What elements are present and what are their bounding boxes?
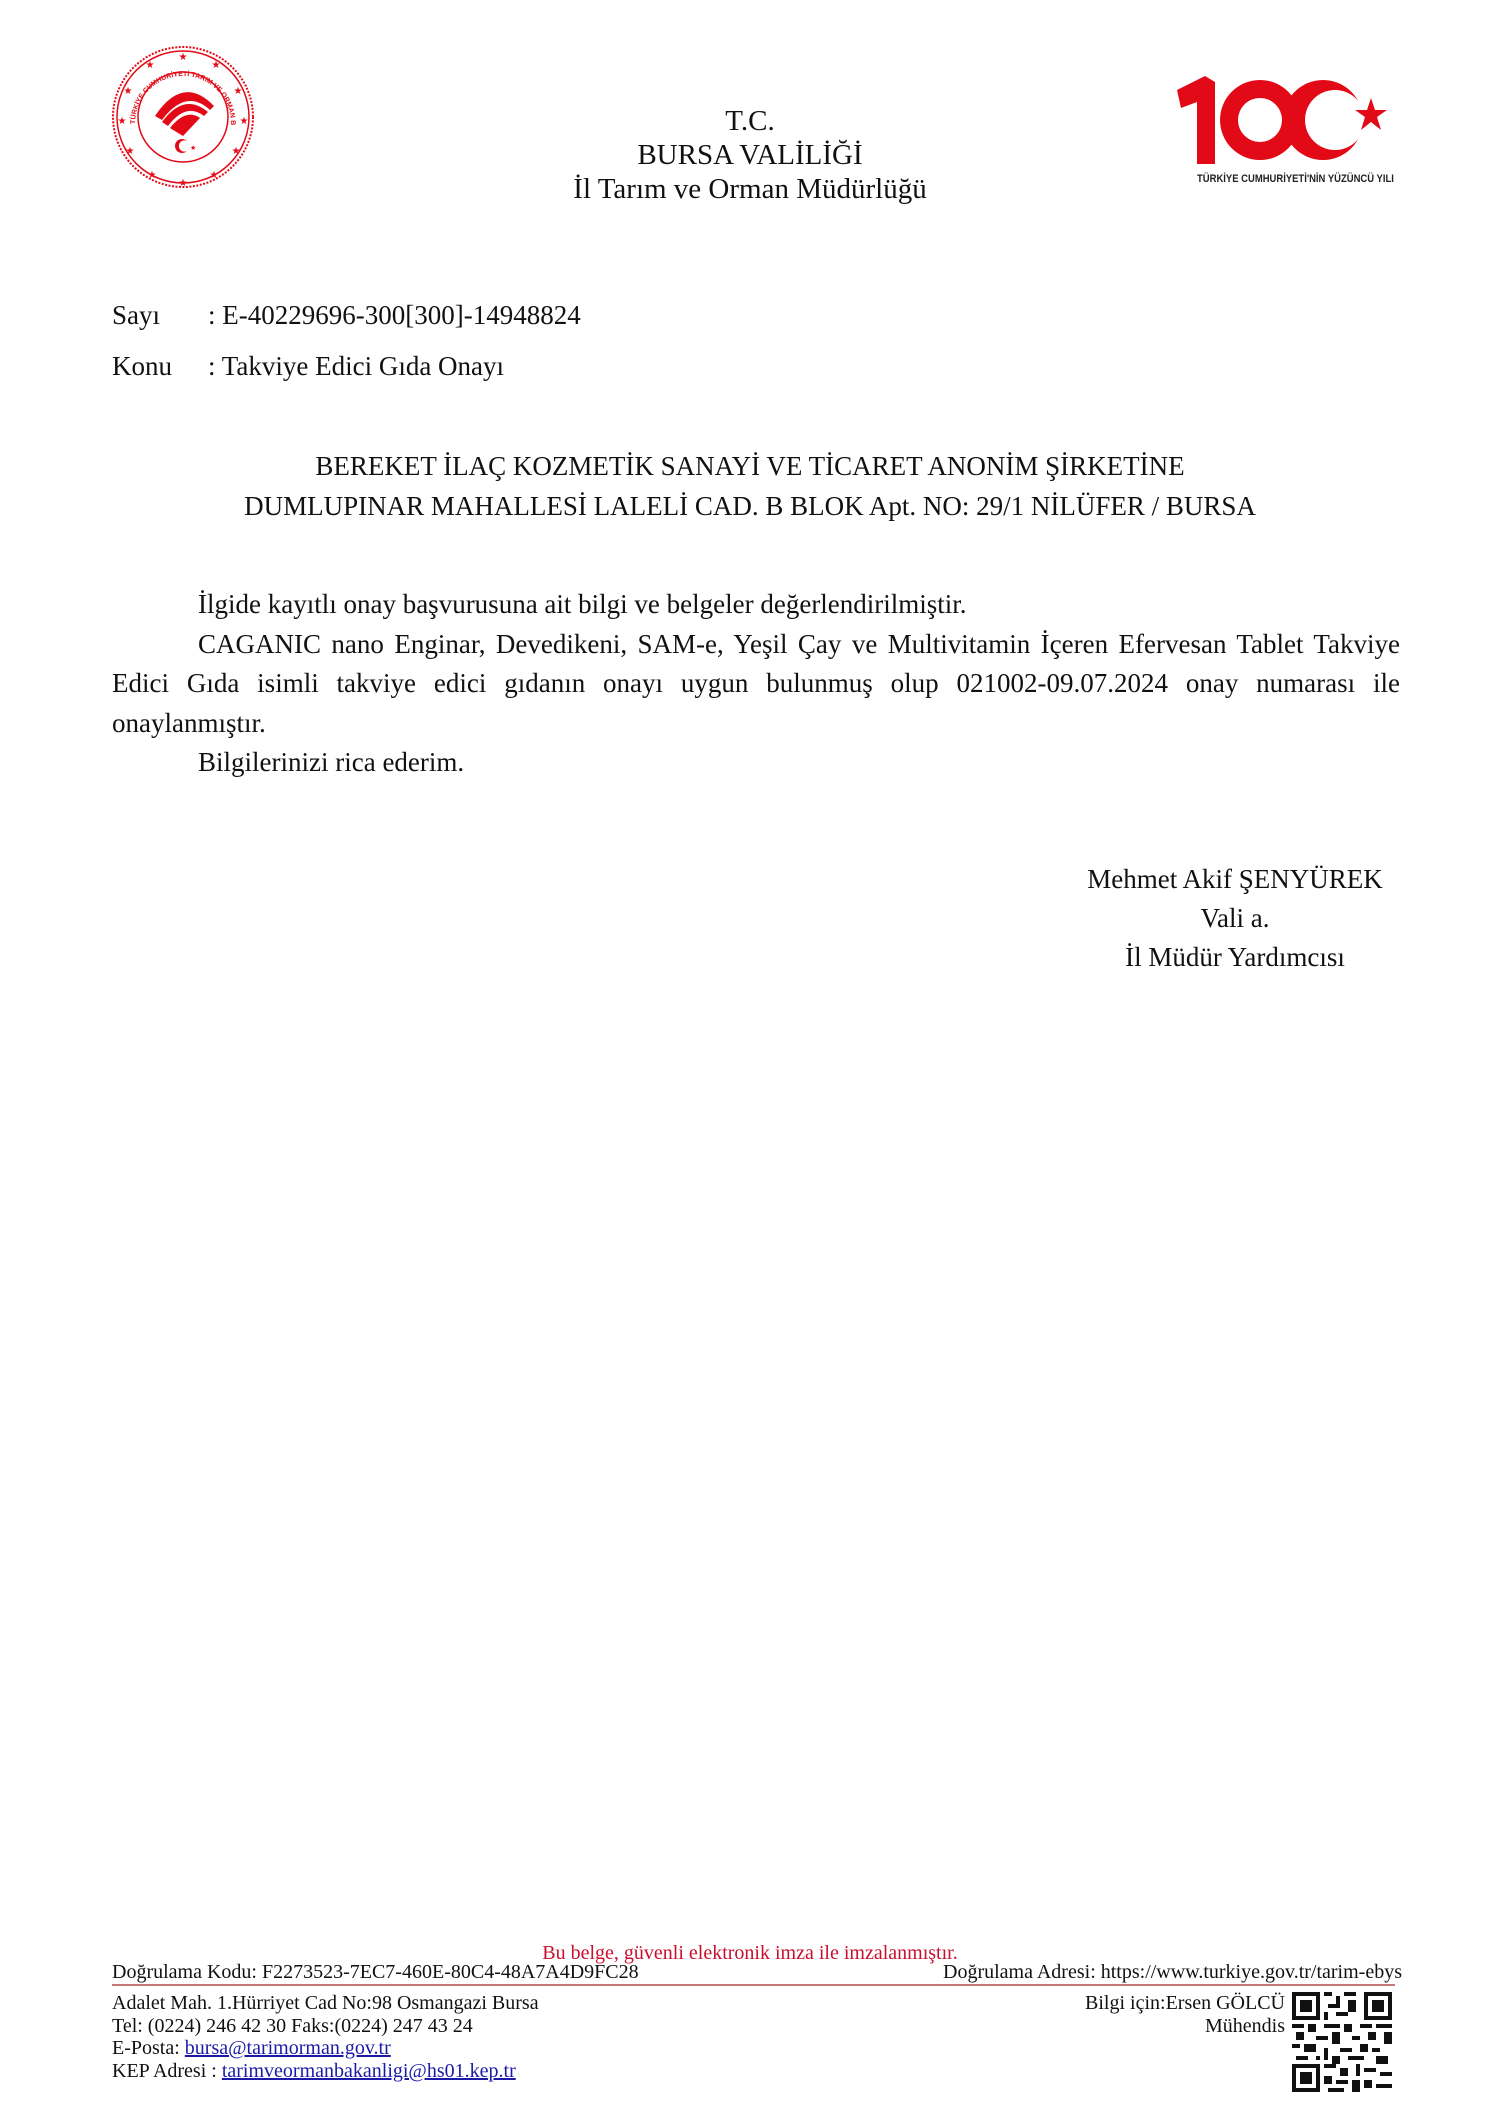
qr-code-icon xyxy=(1292,1992,1392,2092)
body-paragraph: İlgide kayıtlı onay başvurusuna ait bilg… xyxy=(112,585,1400,625)
verification-url[interactable]: Doğrulama Adresi: https://www.turkiye.go… xyxy=(943,1961,1402,1983)
phone-fax: Tel: (0224) 246 42 30 Faks:(0224) 247 43… xyxy=(112,2015,539,2038)
signatory-title: İl Müdür Yardımcısı xyxy=(1060,938,1410,977)
subject-value: : Takviye Edici Gıda Onayı xyxy=(208,350,504,382)
document-page: TÜRKİYE CUMHURİYETİ TARIM VE ORMAN BAKAN… xyxy=(0,0,1500,2121)
document-number-row: Sayı: E-40229696-300[300]-14948824 xyxy=(112,299,581,331)
info-contact-block: Bilgi için:Ersen GÖLCÜ Mühendis xyxy=(1085,1992,1285,2037)
kep-row: KEP Adresi : tarimveormanbakanligi@hs01.… xyxy=(112,2060,539,2083)
body-paragraph: Bilgilerinizi rica ederim. xyxy=(112,743,1400,783)
verification-code: Doğrulama Kodu: F2273523-7EC7-460E-80C4-… xyxy=(112,1961,639,1983)
svg-text:★: ★ xyxy=(212,60,221,71)
kep-label: KEP Adresi : xyxy=(112,2060,222,2082)
document-number-value: : E-40229696-300[300]-14948824 xyxy=(208,299,581,331)
svg-text:★: ★ xyxy=(234,86,243,97)
recipient-address: DUMLUPINAR MAHALLESİ LALELİ CAD. B BLOK … xyxy=(0,486,1500,526)
info-contact-role: Mühendis xyxy=(1085,2015,1285,2038)
address: Adalet Mah. 1.Hürriyet Cad No:98 Osmanga… xyxy=(112,1992,539,2015)
signatory-authority: Vali a. xyxy=(1060,899,1410,938)
footer-divider xyxy=(112,1984,1395,1986)
subject-label: Konu xyxy=(112,350,208,382)
title-directorate: İl Tarım ve Orman Müdürlüğü xyxy=(0,172,1500,206)
issuer-title: T.C. BURSA VALİLİĞİ İl Tarım ve Orman Mü… xyxy=(0,104,1500,206)
contact-block: Adalet Mah. 1.Hürriyet Cad No:98 Osmanga… xyxy=(112,1992,539,2082)
title-tc: T.C. xyxy=(0,104,1500,138)
svg-text:★: ★ xyxy=(179,52,188,63)
recipient-block: BEREKET İLAÇ KOZMETİK SANAYİ VE TİCARET … xyxy=(0,446,1500,526)
email-link[interactable]: bursa@tarimorman.gov.tr xyxy=(185,2037,391,2059)
kep-link[interactable]: tarimveormanbakanligi@hs01.kep.tr xyxy=(222,2060,516,2082)
signatory-name: Mehmet Akif ŞENYÜREK xyxy=(1060,860,1410,899)
svg-text:★: ★ xyxy=(146,60,155,71)
svg-text:★: ★ xyxy=(124,86,133,97)
body-paragraph: CAGANIC nano Enginar, Devedikeni, SAM-e,… xyxy=(112,625,1400,744)
info-contact-name: Bilgi için:Ersen GÖLCÜ xyxy=(1085,1992,1285,2015)
email-row: E-Posta: bursa@tarimorman.gov.tr xyxy=(112,2037,539,2060)
subject-row: Konu: Takviye Edici Gıda Onayı xyxy=(112,350,504,382)
signature-block: Mehmet Akif ŞENYÜREK Vali a. İl Müdür Ya… xyxy=(1060,860,1410,977)
letter-body: İlgide kayıtlı onay başvurusuna ait bilg… xyxy=(112,585,1400,783)
recipient-name: BEREKET İLAÇ KOZMETİK SANAYİ VE TİCARET … xyxy=(0,446,1500,486)
email-label: E-Posta: xyxy=(112,2037,185,2059)
document-number-label: Sayı xyxy=(112,299,208,331)
title-governorship: BURSA VALİLİĞİ xyxy=(0,138,1500,172)
